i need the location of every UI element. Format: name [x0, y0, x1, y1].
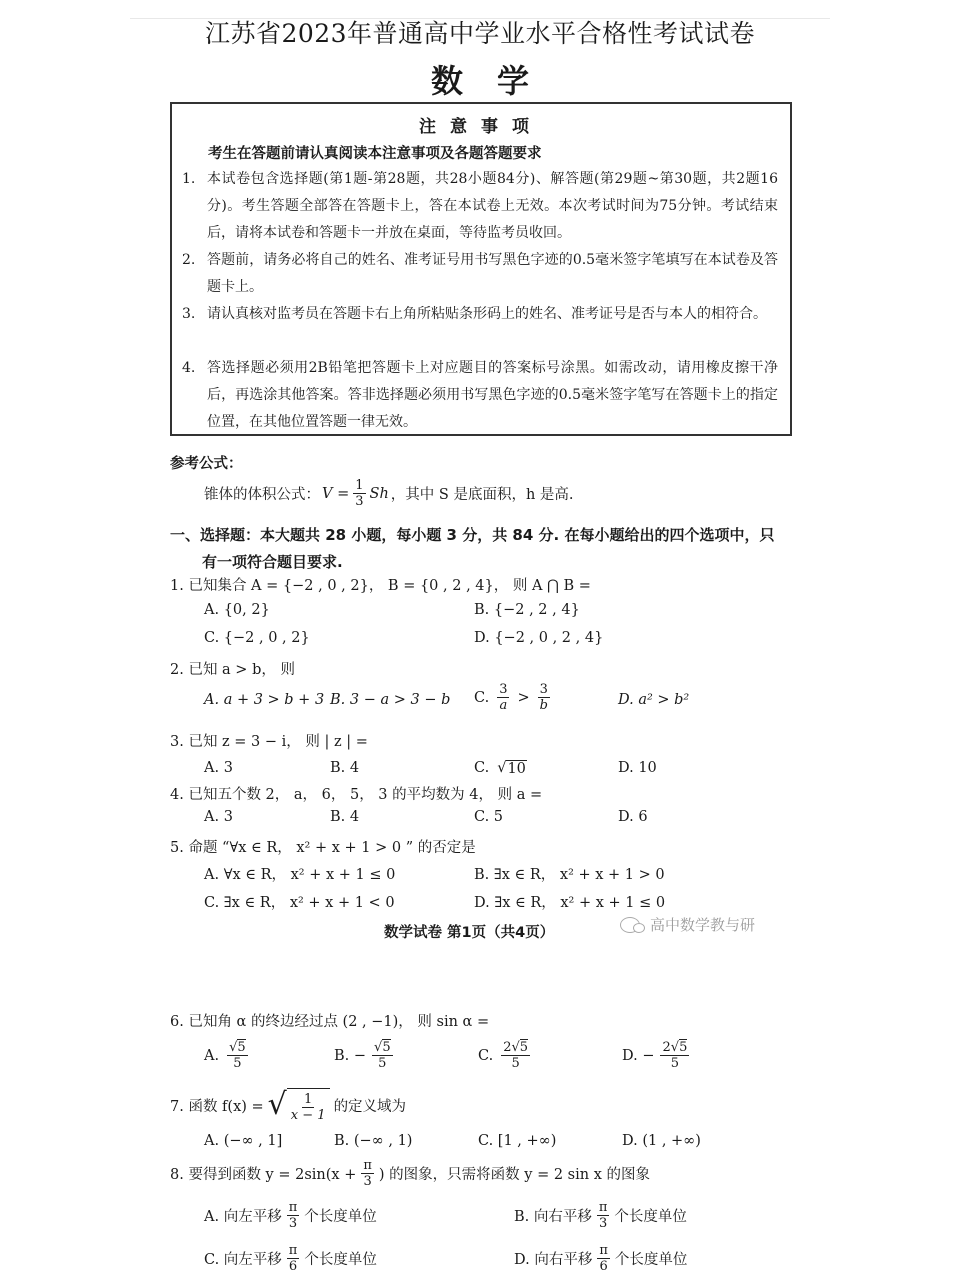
q4-option-c: C. 5: [474, 809, 503, 825]
exam-title: 江苏省2023年普通高中学业水平合格性考试试卷: [0, 14, 960, 50]
q5-option-d: D. ∃x ∈ R， x² + x + 1 ≤ 0: [474, 891, 665, 912]
notice-subtitle: 考生在答题前请认真阅读本注意事项及各题答题要求: [208, 142, 542, 163]
question-5-stem: 5. 命题 “∀x ∈ R， x² + x + 1 > 0 ” 的否定是: [170, 836, 476, 857]
q7-option-a: A. (−∞ , 1]: [204, 1133, 282, 1149]
section-heading: 一、选择题：本大题共 28 小题，每小题 3 分，共 84 分. 在每小题给出的…: [170, 522, 790, 576]
q4-option-a: A. 3: [204, 809, 233, 825]
notice-item-2: 2. 答题前，请务必将自己的姓名、准考证号用书写黑色字迹的0.5毫米签字笔填写在…: [182, 247, 778, 301]
sqrt-expression: √10: [497, 760, 527, 777]
q8-option-a: A. 向左平移 π3 个长度单位: [204, 1200, 377, 1231]
question-3-stem: 3. 已知 z = 3 − i， 则 | z | =: [170, 730, 368, 751]
q6-option-c: C. 2√55: [478, 1040, 532, 1071]
q2-option-a: A. a + 3 > b + 3: [204, 692, 324, 708]
q8-option-d: D. 向右平移 π6 个长度单位: [514, 1243, 687, 1274]
q7-option-b: B. (−∞ , 1): [334, 1133, 412, 1149]
q6-option-a: A. √55: [204, 1040, 250, 1071]
notice-item-1: 1. 本试卷包含选择题(第1题-第28题，共28小题84分)、解答题(第29题~…: [182, 166, 778, 247]
question-4-stem: 4. 已知五个数 2， a， 6， 5， 3 的平均数为 4， 则 a =: [170, 783, 542, 804]
q8-option-b: B. 向右平移 π3 个长度单位: [514, 1200, 687, 1231]
notice-item-3: 3. 请认真核对监考员在答题卡右上角所粘贴条形码上的姓名、准考证号是否与本人的相…: [182, 301, 778, 328]
q5-option-a: A. ∀x ∈ R， x² + x + 1 ≤ 0: [204, 863, 395, 884]
q2-option-c: C. 3a > 3b: [474, 682, 552, 713]
q1-option-c: C. {−2 , 0 , 2}: [204, 630, 310, 646]
q4-option-d: D. 6: [618, 809, 648, 825]
q1-option-b: B. {−2 , 2 , 4}: [474, 602, 580, 618]
q3-option-c: C. √10: [474, 760, 527, 777]
q7-option-d: D. (1 , +∞): [622, 1133, 701, 1149]
notice-box: 注意事项 考生在答题前请认真阅读本注意事项及各题答题要求 1. 本试卷包含选择题…: [170, 102, 792, 436]
notice-item-4: 4. 答选择题必须用2B铅笔把答题卡上对应题目的答案标号涂黑。如需改动，请用橡皮…: [182, 355, 778, 436]
q8-option-c: C. 向左平移 π6 个长度单位: [204, 1243, 377, 1274]
notice-title: 注意事项: [172, 112, 790, 137]
q2-option-d: D. a² > b²: [618, 692, 689, 708]
q6-option-b: B. − √55: [334, 1040, 395, 1071]
reference-heading: 参考公式：: [170, 452, 243, 473]
subject-title: 数学: [0, 56, 960, 102]
wechat-icon: [620, 917, 640, 933]
fraction: 13: [353, 478, 365, 509]
question-1-stem: 1. 已知集合 A = {−2 , 0 , 2}， B = {0 , 2 , 4…: [170, 574, 591, 595]
q5-option-c: C. ∃x ∈ R， x² + x + 1 < 0: [204, 891, 395, 912]
q3-option-d: D. 10: [618, 760, 657, 776]
q3-option-a: A. 3: [204, 760, 233, 776]
q5-option-b: B. ∃x ∈ R， x² + x + 1 > 0: [474, 863, 665, 884]
q1-option-a: A. {0, 2}: [204, 602, 270, 618]
q7-option-c: C. [1 , +∞): [478, 1133, 556, 1149]
question-6-stem: 6. 已知角 α 的终边经过点 (2 , −1)， 则 sin α =: [170, 1010, 489, 1031]
q4-option-b: B. 4: [330, 809, 359, 825]
question-8-stem: 8. 要得到函数 y = 2sin(x + π3 ) 的图象，只需将函数 y =…: [170, 1158, 650, 1189]
page-footer: 数学试卷 第1页（共4页）: [384, 921, 554, 942]
question-2-stem: 2. 已知 a > b， 则: [170, 658, 295, 679]
watermark: 高中数学教与研: [620, 914, 755, 935]
question-7-stem: 7. 函数 f(x) = √1x − 1 的定义域为: [170, 1088, 406, 1123]
sqrt-expression: √1x − 1: [268, 1088, 330, 1123]
q6-option-d: D. − 2√55: [622, 1040, 691, 1071]
q2-option-b: B. 3 − a > 3 − b: [330, 692, 450, 708]
q1-option-d: D. {−2 , 0 , 2 , 4}: [474, 630, 603, 646]
q3-option-b: B. 4: [330, 760, 359, 776]
cone-volume-formula: 锥体的体积公式： V = 13 Sh ，其中 S 是底面积，h 是高.: [204, 478, 574, 509]
